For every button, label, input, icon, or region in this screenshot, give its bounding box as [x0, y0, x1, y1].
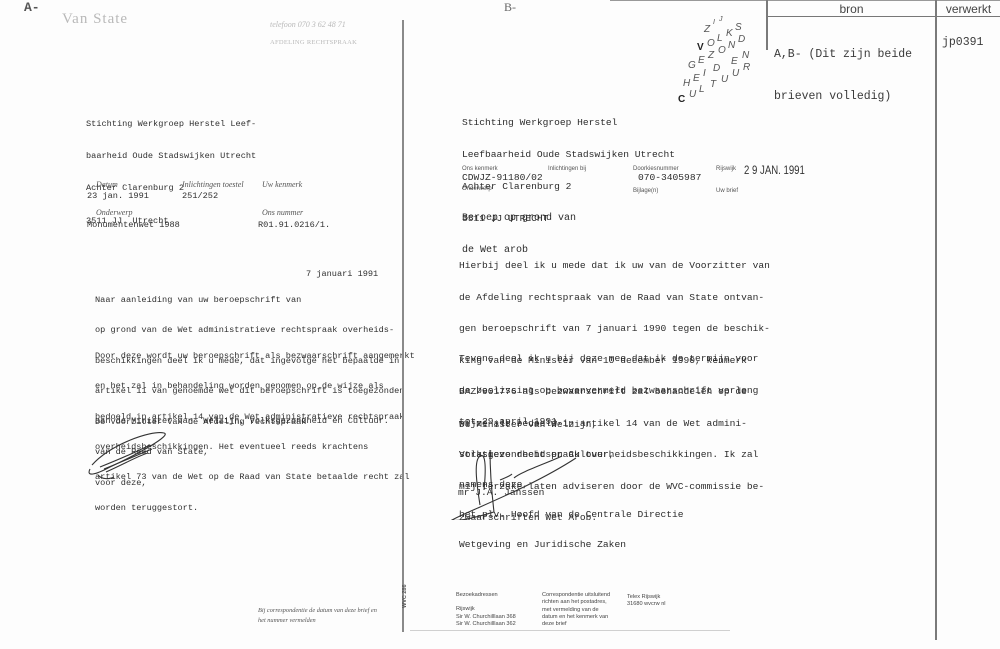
- note-line: met vermelding van de: [542, 607, 610, 614]
- logo-letter: O: [718, 45, 726, 56]
- letter-b-signature: [450, 450, 580, 520]
- logo-letter: V: [697, 42, 704, 53]
- table-header-verwerkt: verwerkt: [937, 2, 1000, 16]
- logo-letter: E: [698, 55, 705, 66]
- uw-brief-label: Uw brief: [716, 188, 738, 194]
- bezoekadressen-label: Bezoekadressen: [456, 592, 498, 598]
- letter-a-signature: [80, 425, 180, 485]
- footer-city: Rijswijk: [456, 606, 516, 614]
- datum-label: Datum: [96, 180, 118, 189]
- logo-letter: K: [726, 28, 733, 39]
- address-line: baarheid Oude Stadswijken Utrecht: [86, 151, 256, 162]
- body-line: Hierbij deel ik u mede dat ik uw van de …: [459, 261, 770, 272]
- footer-fold-line: [410, 630, 730, 631]
- logo-letter: O: [707, 38, 715, 49]
- telex-line: Telex Rijswijk: [627, 594, 666, 601]
- logo-letter: D: [738, 34, 745, 45]
- footer-address: Sir W. Churchilllaan 368: [456, 614, 516, 622]
- logo-letter: E: [731, 56, 738, 67]
- closing-line: Wetgeving en Juridische Zaken: [459, 540, 684, 550]
- logo-letter: T: [710, 79, 716, 90]
- logo-letter: I: [703, 68, 706, 79]
- closing-line: De Minister van Welzijn,: [459, 420, 684, 430]
- inlichtingen-value: 251/252: [182, 191, 218, 202]
- letter-a-logo: Van State: [62, 11, 128, 28]
- table-header-border: [768, 16, 1000, 17]
- table-header-bron: bron: [768, 2, 935, 16]
- logo-letter: G: [688, 60, 696, 71]
- bron-line: A,B- (Dit zijn beide: [774, 48, 912, 62]
- verwerkt-column-border: [935, 0, 937, 640]
- body-line: Naar aanleiding van uw beroepschrift van: [95, 295, 404, 305]
- logo-letter: E: [693, 73, 700, 84]
- doorkiesnummer-value: 070-3405987: [638, 173, 701, 184]
- body-line: de Afdeling rechtspraak van de Raad van …: [459, 293, 770, 304]
- note-line: Correspondentie uitsluitend: [542, 592, 610, 599]
- letter-a-phone: telefoon 070 3 62 48 71: [270, 20, 346, 29]
- letter-b-tag: B-: [504, 0, 516, 15]
- body-line: en het zal in behandeling worden genomen…: [95, 381, 415, 391]
- logo-letter: U: [689, 89, 696, 100]
- correspondence-note: Correspondentie uitsluitend richten aan …: [542, 592, 610, 628]
- ons-kenmerk-value: CDWJZ-91180/02: [462, 173, 543, 184]
- logo-letter: Z: [704, 24, 710, 35]
- logo-letter: L: [699, 84, 705, 95]
- inlichtingen-bij-label: Inlichtingen bij: [548, 166, 586, 172]
- ons-nummer-value: R01.91.0216/1.: [258, 220, 330, 231]
- body-line: worden teruggestort.: [95, 503, 415, 513]
- logo-letter: I: [713, 19, 715, 26]
- onderwerp-label: Onderwerp: [96, 208, 132, 217]
- letter-a-tag: A-: [24, 0, 40, 15]
- form-code: WVC 286: [402, 584, 408, 608]
- footer-address: Sir W. Churchilllaan 362: [456, 621, 516, 629]
- address-line: Leefbaarheid Oude Stadswijken Utrecht: [462, 150, 675, 161]
- wvc-logo: Z I J V O L K S G E Z O N D H E I D E N …: [660, 14, 770, 114]
- telex-info: Telex Rijswijk 31680 wvcrw nl: [627, 594, 666, 609]
- ons-nummer-label: Ons nummer: [262, 208, 303, 217]
- datum-value: 23 jan. 1991: [87, 191, 149, 202]
- telex-line: 31680 wvcrw nl: [627, 601, 666, 608]
- logo-letter: L: [717, 33, 723, 44]
- logo-letter: J: [719, 16, 723, 23]
- letter-a-footer-note: Bij correspondentie de datum van deze br…: [258, 606, 377, 626]
- logo-letter: D: [713, 63, 720, 74]
- onderwerp-b-label: Onderwerp: [462, 186, 492, 192]
- body-line: Tevens deel ik u bij deze mee dat ik de …: [459, 354, 758, 365]
- bijlagen-label: Bijlage(n): [633, 188, 658, 194]
- logo-letter: U: [721, 74, 728, 85]
- inlichtingen-label: Inlichtingen toestel: [182, 180, 244, 189]
- logo-letter: U: [732, 68, 739, 79]
- letter-a-department: AFDELING RECHTSPRAAK: [270, 39, 357, 46]
- signatory-name: mr J.A. Janssen: [458, 488, 544, 499]
- bezoek-addresses: Rijswijk Sir W. Churchilllaan 368 Sir W.…: [456, 606, 516, 629]
- plaats-label: Rijswijk: [716, 166, 736, 172]
- table-cell-verwerkt: jp0391: [942, 36, 983, 50]
- date-stamp: 2 9 JAN. 1991: [744, 163, 805, 177]
- page-separator: [402, 20, 404, 632]
- logo-letter: S: [735, 22, 742, 33]
- logo-letter: C: [678, 94, 685, 105]
- onderwerp-value: Monumentenwet 1988: [87, 220, 180, 231]
- onderwerp-line: Beroep op grond van: [462, 214, 576, 225]
- logo-letter: R: [743, 62, 750, 73]
- bron-line: brieven volledig): [774, 90, 912, 104]
- body-line: Door deze wordt uw beroepschrift als bez…: [95, 351, 415, 361]
- logo-letter: N: [728, 40, 735, 51]
- logo-letter: Z: [708, 50, 714, 61]
- footer-note-line: Bij correspondentie de datum van deze br…: [258, 606, 377, 616]
- note-line: deze brief: [542, 621, 610, 628]
- footer-note-line: het nummer vermelden: [258, 616, 377, 626]
- table-cell-bron: A,B- (Dit zijn beide brieven volledig): [774, 20, 912, 118]
- body-line: de beslissing op bovenvermeld bezwaarsch…: [459, 386, 758, 397]
- logo-letter: N: [742, 50, 749, 61]
- table-top-border: [610, 0, 1000, 1]
- logo-letter: H: [683, 78, 690, 89]
- address-line: Stichting Werkgroep Herstel: [462, 118, 675, 129]
- uw-kenmerk-label: Uw kenmerk: [262, 180, 302, 189]
- note-line: richten aan het postadres,: [542, 599, 610, 606]
- note-line: datum en het kenmerk van: [542, 614, 610, 621]
- address-line: Stichting Werkgroep Herstel Leef-: [86, 119, 256, 130]
